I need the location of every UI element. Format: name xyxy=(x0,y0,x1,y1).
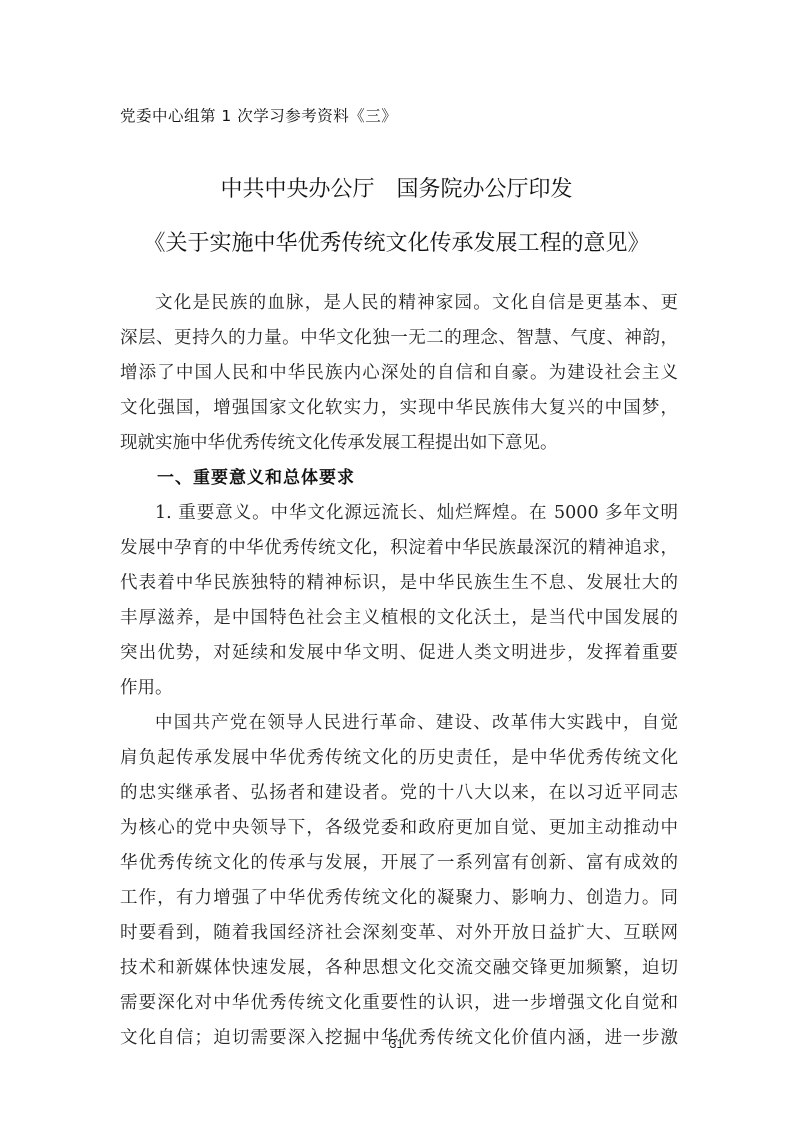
document-page: 党委中心组第 1 次学习参考资料《三》 中共中央办公厅 国务院办公厅印发 《关于… xyxy=(0,0,793,1122)
paragraph-line: 肩负起传承发展中华优秀传统文化的历史责任，是中华优秀传统文化 xyxy=(120,744,678,769)
paragraph-line: 文化是民族的血脉，是人民的精神家园。文化自信是更基本、更 xyxy=(155,289,678,314)
header-note: 党委中心组第 1 次学习参考资料《三》 xyxy=(120,104,397,126)
section-heading: 一、重要意义和总体要求 xyxy=(157,463,355,488)
paragraph-line: 技术和新媒体快速发展，各种思想文化交流交融交锋更加频繁，迫切 xyxy=(120,954,678,979)
paragraph-line: 现就实施中华优秀传统文化传承发展工程提出如下意见。 xyxy=(120,429,678,454)
paragraph-line: 华优秀传统文化的传承与发展，开展了一系列富有创新、富有成效的 xyxy=(120,849,678,874)
paragraph-line: 发展中孕育的中华优秀传统文化，积淀着中华民族最深沉的精神追求， xyxy=(120,534,678,559)
paragraph-line: 工作，有力增强了中华优秀传统文化的凝聚力、影响力、创造力。同 xyxy=(120,884,678,909)
paragraph-line: 深层、更持久的力量。中华文化独一无二的理念、智慧、气度、神韵， xyxy=(120,324,678,349)
paragraph-line: 时要看到，随着我国经济社会深刻变革、对外开放日益扩大、互联网 xyxy=(120,919,678,944)
paragraph-line: 突出优势，对延续和发展中华文明、促进人类文明进步，发挥着重要 xyxy=(120,639,678,664)
paragraph-line: 中国共产党在领导人民进行革命、建设、改革伟大实践中，自觉 xyxy=(155,709,678,734)
paragraph-line: 需要深化对中华优秀传统文化重要性的认识，进一步增强文化自觉和 xyxy=(120,989,678,1014)
document-title: 《关于实施中华优秀传统文化传承发展工程的意见》 xyxy=(0,226,793,257)
paragraph-line: 代表着中华民族独特的精神标识，是中华民族生生不息、发展壮大的 xyxy=(120,569,678,594)
paragraph-line: 的忠实继承者、弘扬者和建设者。党的十八大以来，在以习近平同志 xyxy=(120,779,678,804)
page-number: 31 xyxy=(0,1036,793,1051)
paragraph-line: 1. 重要意义。中华文化源远流长、灿烂辉煌。在 5000 多年文明 xyxy=(155,499,678,524)
paragraph-line: 文化强国，增强国家文化软实力，实现中华民族伟大复兴的中国梦， xyxy=(120,394,678,419)
paragraph-line: 为核心的党中央领导下，各级党委和政府更加自觉、更加主动推动中 xyxy=(120,814,678,839)
paragraph-line: 增添了中国人民和中华民族内心深处的自信和自豪。为建设社会主义 xyxy=(120,359,678,384)
paragraph-line: 丰厚滋养，是中国特色社会主义植根的文化沃土，是当代中国发展的 xyxy=(120,604,678,629)
document-issuer-title: 中共中央办公厅 国务院办公厅印发 xyxy=(0,172,793,203)
paragraph-line: 作用。 xyxy=(120,674,678,699)
